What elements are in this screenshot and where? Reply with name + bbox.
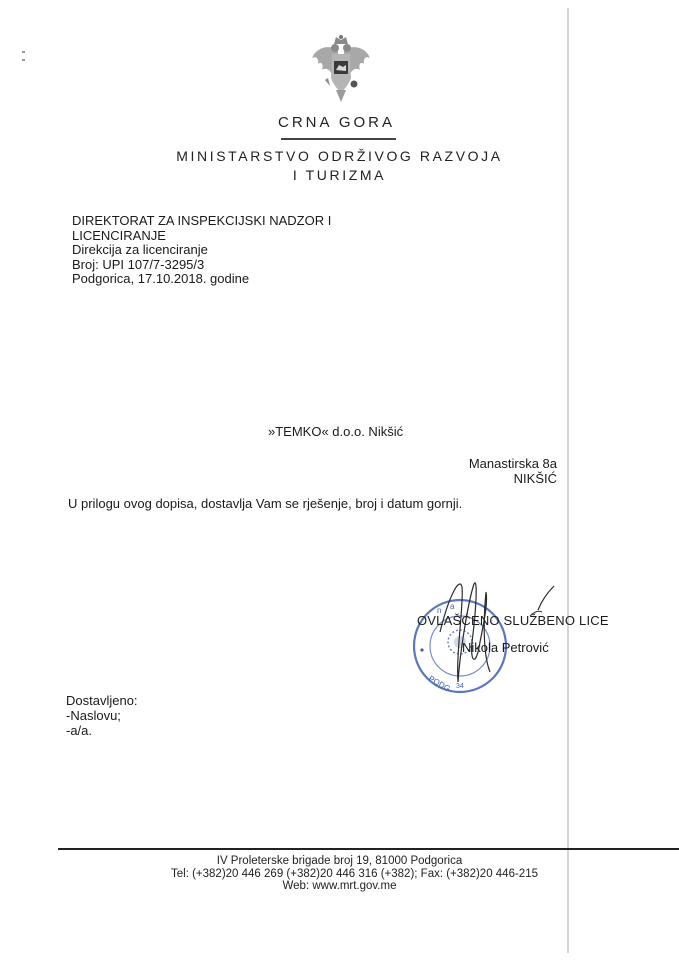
- directorate-line2: LICENCIRANJE: [72, 229, 331, 244]
- scan-mark: [22, 59, 25, 61]
- footer-phones: Tel: (+382)20 446 269 (+382)20 446 316 (…: [0, 868, 679, 881]
- recipient-street: Manastirska 8a: [469, 456, 557, 471]
- footer-web: Web: www.mrt.gov.me: [0, 880, 679, 893]
- scan-mark: [22, 51, 25, 53]
- recipient-company: »TEMKO« d.o.o. Nikšić: [268, 424, 403, 439]
- footer: IV Proleterske brigade broj 19, 81000 Po…: [0, 855, 679, 893]
- letterhead-rule: [281, 138, 396, 140]
- recipient-address: Manastirska 8a NIKŠIĆ: [469, 456, 557, 486]
- montenegro-coat-of-arms-icon: [310, 34, 372, 106]
- signatory-title: OVLAŠĆENO SLUŽBENO LICE: [417, 613, 609, 628]
- signatory-name: Nikola Petrović: [462, 640, 549, 655]
- country-name: CRNA GORA: [0, 114, 679, 131]
- reference-number: Broj: UPI 107/7-3295/3: [72, 258, 331, 273]
- distribution-label: Dostavljeno:: [66, 693, 138, 708]
- letter-body: U prilogu ovog dopisa, dostavlja Vam se …: [68, 496, 462, 511]
- place-date: Podgorica, 17.10.2018. godine: [72, 272, 331, 287]
- distribution-item: -Naslovu;: [66, 708, 138, 723]
- distribution-item: -a/a.: [66, 723, 138, 738]
- recipient-city: NIKŠIĆ: [469, 471, 557, 486]
- distribution-list: Dostavljeno: -Naslovu; -a/a.: [66, 693, 138, 738]
- footer-rule: [58, 848, 679, 850]
- handwritten-signature: [430, 572, 570, 692]
- footer-address: IV Proleterske brigade broj 19, 81000 Po…: [0, 855, 679, 868]
- department: Direkcija za licenciranje: [72, 243, 331, 258]
- ministry-name-line2: I TURIZMA: [0, 167, 679, 183]
- ministry-name-line1: MINISTARSTVO ODRŽIVOG RAZVOJA: [0, 148, 679, 164]
- directorate-line1: DIREKTORAT ZA INSPEKCIJSKI NADZOR I: [72, 214, 331, 229]
- document-header: DIREKTORAT ZA INSPEKCIJSKI NADZOR I LICE…: [72, 214, 331, 287]
